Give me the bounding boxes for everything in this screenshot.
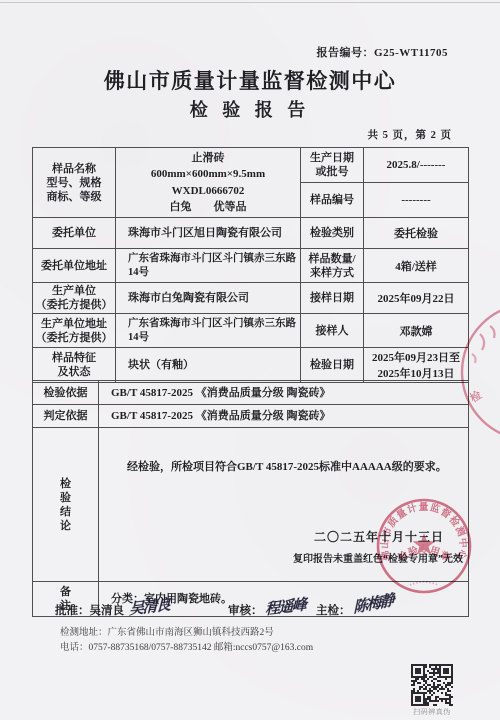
qr-code — [411, 664, 453, 706]
report-number: 报告编号：G25-WT11705 — [317, 44, 448, 60]
client-label: 委托单位 — [33, 218, 116, 249]
receive-date-label: 接样日期 — [301, 283, 364, 314]
conclusion-label: 检 验 结 论 — [33, 428, 99, 582]
client-addr-label: 委托单位地址 — [33, 249, 116, 283]
client-addr-value: 广东省珠海市斗门区斗门镇赤三东路14号 — [116, 249, 301, 283]
inspect-type-label: 检验类别 — [301, 218, 364, 249]
test-basis-label: 检验依据 — [33, 381, 99, 405]
approve-name: 吴清良 — [90, 605, 125, 617]
feature-value: 块状（有釉） — [116, 348, 301, 383]
judge-basis-label: 判定依据 — [33, 405, 99, 428]
seal-serial-marks — [410, 582, 438, 585]
signature-row: 批准：吴清良 吴清良 审核：程遥峰 主检：陈梅静 — [0, 598, 500, 624]
qr-caption: 扫码辨真伪 — [408, 707, 456, 717]
approve-label: 批准： — [55, 605, 90, 617]
edge-seal-stamp: 检 — [456, 296, 500, 456]
producer-addr-value: 广东省珠海市斗门区斗门镇赤三东路14号 — [116, 314, 301, 348]
producer-addr-label: 生产单位地址 （委托方提供） — [33, 314, 116, 348]
review-label: 审核： — [228, 605, 263, 617]
footer-contact-block: 检测地址：广东省佛山市南海区狮山镇科技西路2号 电话：0757-88735168… — [60, 626, 313, 656]
inspect-date-value: 2025年09月23日至 2025年10月13日 — [364, 348, 469, 383]
client-value: 珠海市斗门区旭日陶瓷有限公司 — [116, 218, 301, 249]
signature-approve: 批准：吴清良 吴清良 — [55, 598, 169, 619]
sample-name-value: 止滑砖 600mm×600mm×9.5mm WXDL0666702 白兔 优等品 — [116, 148, 301, 218]
receiver-value: 邓款嫦 — [364, 314, 469, 348]
page-count: 共 5 页，第 2 页 — [368, 127, 453, 142]
org-title: 佛山市质量计量监督检测中心 — [0, 65, 500, 95]
doc-title: 检 验 报 告 — [0, 96, 500, 122]
receive-date-value: 2025年09月22日 — [364, 283, 469, 314]
signature-review: 审核：程遥峰 — [228, 598, 305, 619]
receiver-label: 接样人 — [301, 314, 364, 348]
sample-info-table: 样品名称 型号、规格 商标、等级 止滑砖 600mm×600mm×9.5mm W… — [32, 147, 469, 383]
sample-no-value: -------- — [364, 183, 469, 218]
inspect-date-label: 检验日期 — [301, 348, 364, 383]
scan-edge-line — [0, 2, 500, 3]
inspect-type-value: 委托检验 — [364, 218, 469, 249]
review-signature-ink: 程遥峰 — [264, 593, 305, 619]
sample-name-label: 样品名称 型号、规格 商标、等级 — [33, 148, 116, 218]
footer-address: 检测地址：广东省佛山市南海区狮山镇科技西路2号 — [60, 626, 313, 641]
producer-value: 珠海市白兔陶瓷有限公司 — [116, 283, 301, 314]
sample-qty-value: 4箱/送样 — [364, 249, 469, 283]
feature-label: 样品特征 及状态 — [33, 348, 116, 383]
report-number-value: G25-WT11705 — [374, 47, 448, 59]
conclusion-text: 经检验，所检项目符合GB/T 45817-2025标准中AAAAA级的要求。 — [127, 460, 460, 475]
report-page: 报告编号：G25-WT11705 佛山市质量计量监督检测中心 检 验 报 告 共… — [0, 0, 500, 720]
edge-seal-ring — [462, 304, 500, 440]
test-basis-value: GB/T 45817-2025 《消费品质量分级 陶瓷砖》 — [99, 381, 469, 405]
prod-date-value: 2025.8/------- — [364, 148, 469, 183]
footer-phone-email: 电话：0757-88735168/0757-88735142 邮箱:nccs07… — [60, 641, 313, 656]
inspection-seal-stamp: 佛山市质量计量监督检测中心 检验专用章 — [374, 496, 474, 596]
edge-seal-squiggle — [480, 326, 495, 350]
sample-qty-label: 样品数量/ 来样方式 — [301, 249, 364, 283]
report-number-label: 报告编号： — [317, 47, 375, 59]
chief-label: 主检： — [316, 605, 351, 617]
seal-title-text: 检验专用章 — [395, 543, 453, 564]
approve-signature-ink: 吴清良 — [129, 593, 170, 619]
prod-date-label: 生产日期 或批号 — [301, 148, 364, 183]
judge-basis-value: GB/T 45817-2025 《消费品质量分级 陶瓷砖》 — [99, 405, 469, 428]
edge-seal-squiggle-2 — [472, 354, 476, 363]
signature-chief: 主检：陈梅静 — [316, 598, 393, 619]
sample-no-label: 样品编号 — [301, 183, 364, 218]
producer-label: 生产单位 （委托方提供） — [33, 283, 116, 314]
